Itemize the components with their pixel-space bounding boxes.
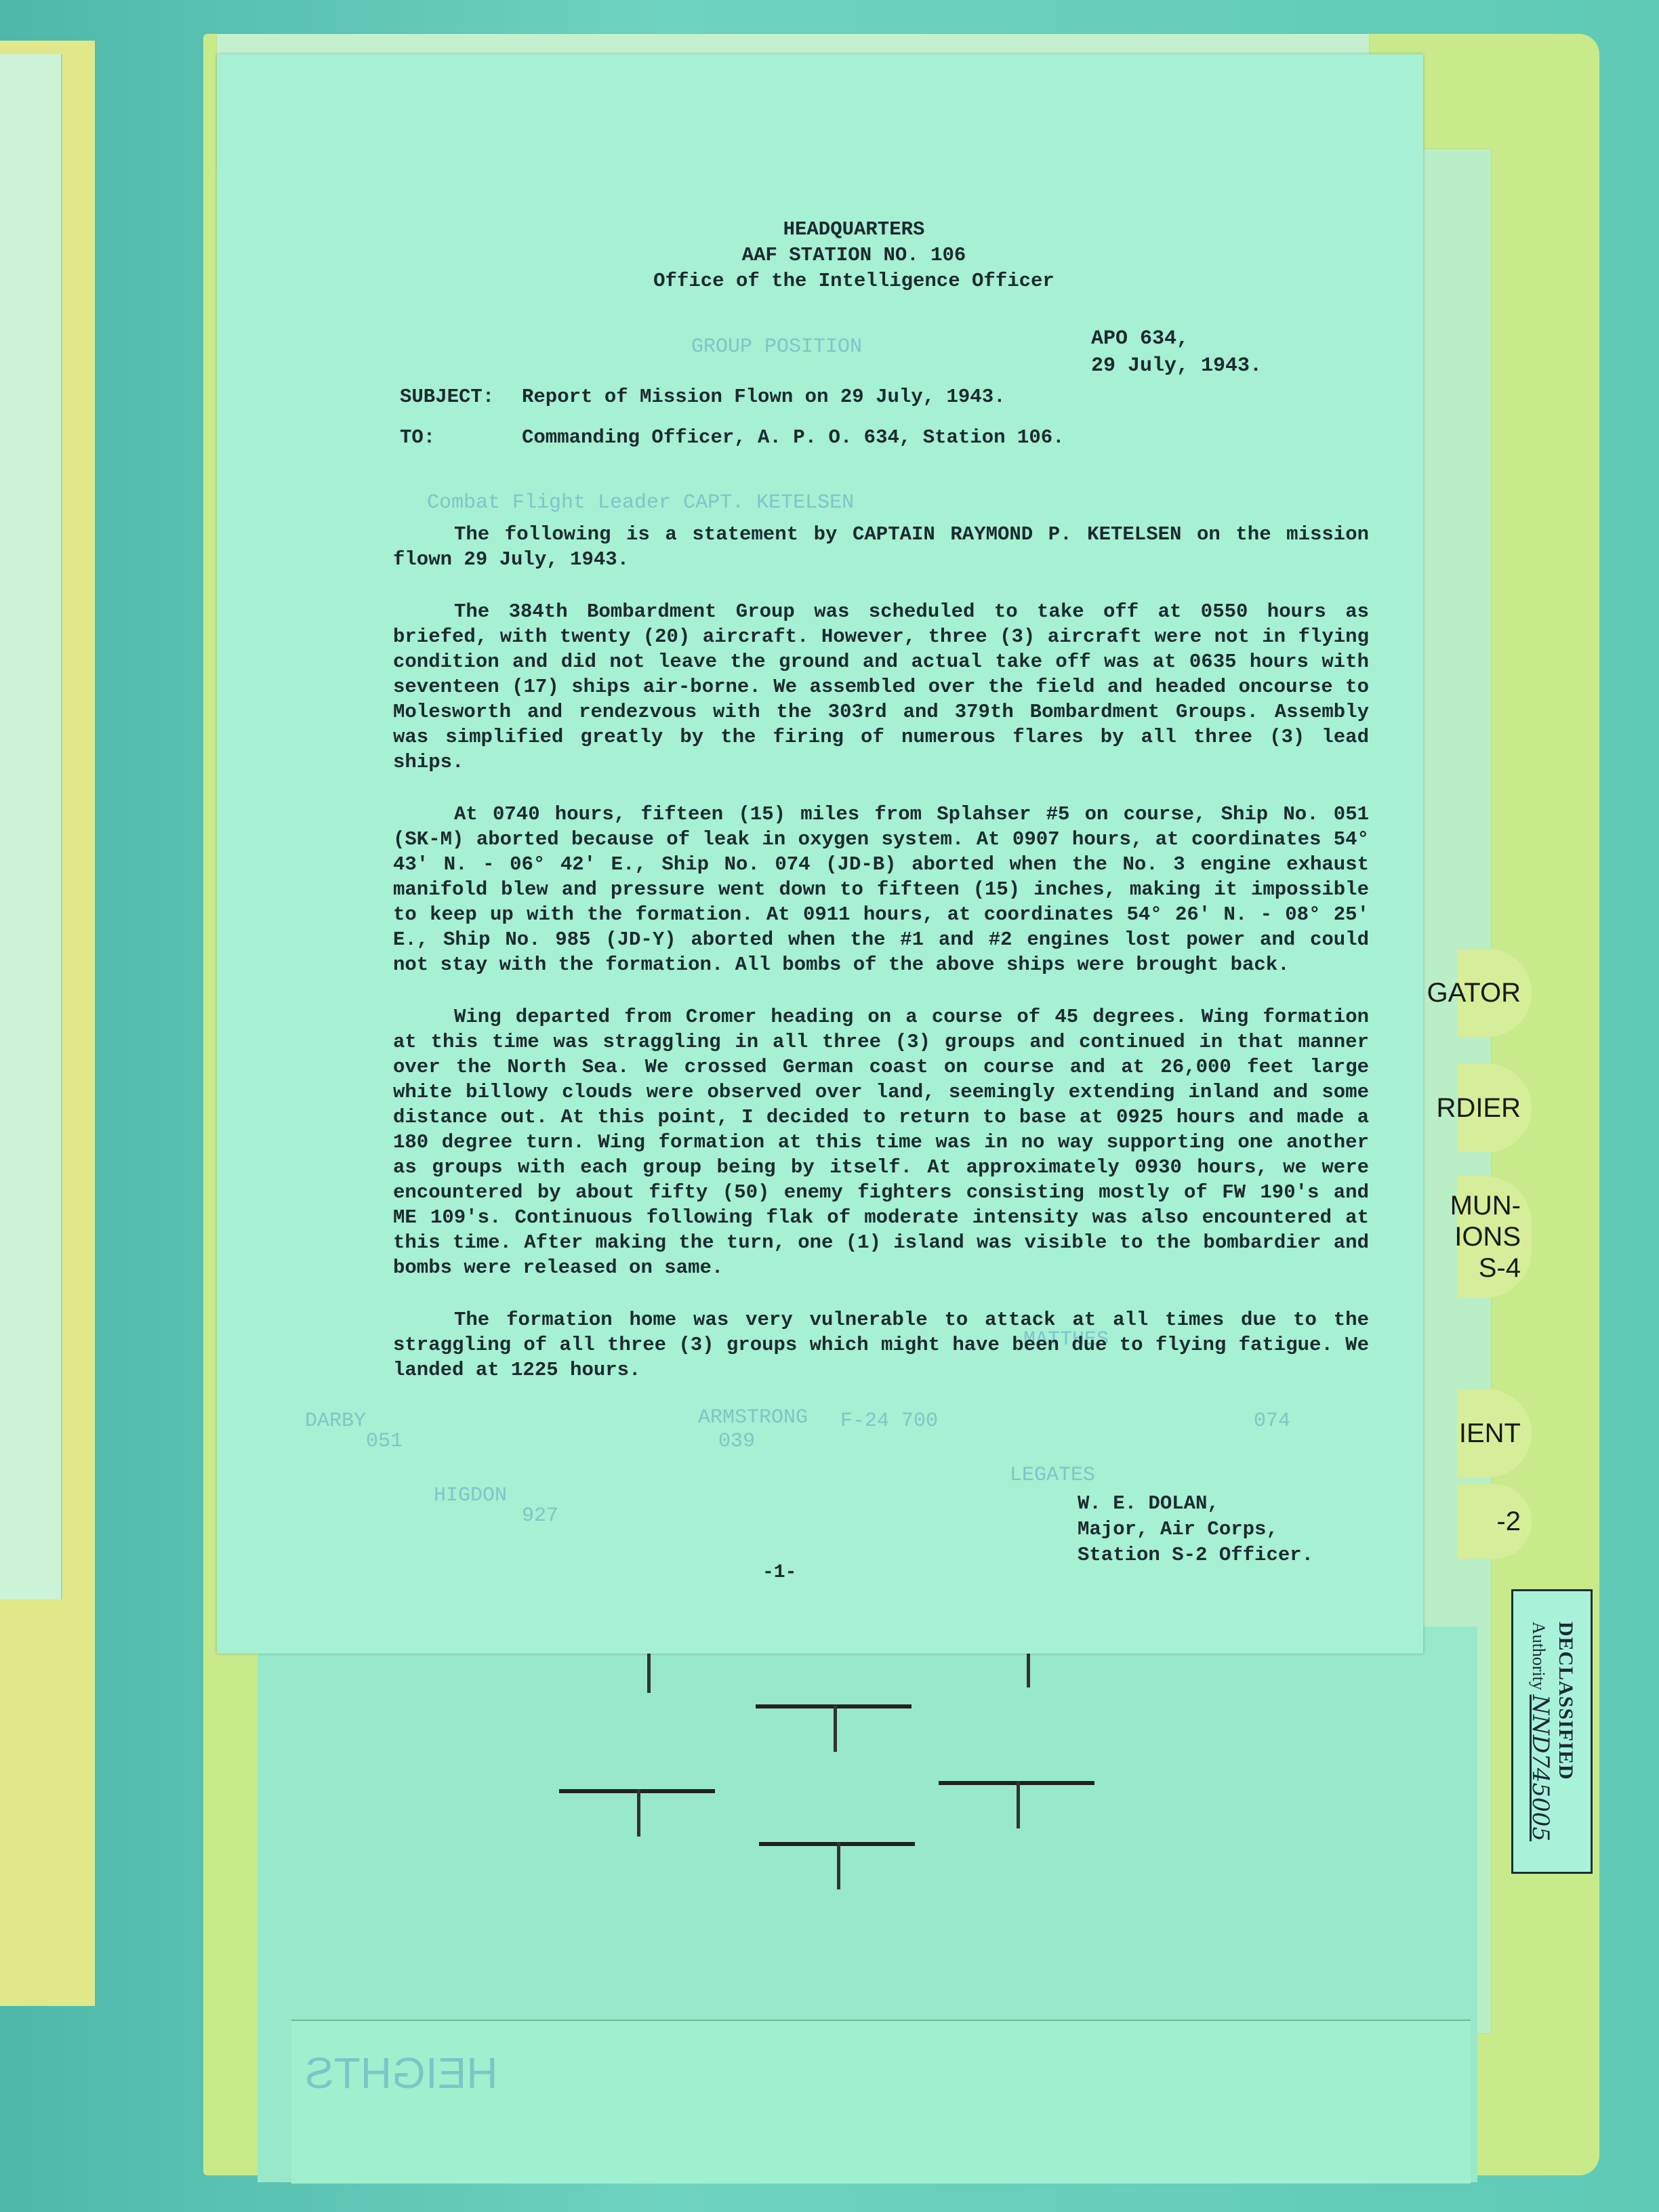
declassified-stamp: DECLASSIFIED Authority NND745005: [1511, 1589, 1593, 1874]
report-document: GROUP POSITION Combat Flight Leader CAPT…: [380, 217, 1369, 294]
bleed-through-text: 074: [1254, 1410, 1290, 1433]
paragraph-aborts: At 0740 hours, fifteen (15) miles from S…: [393, 802, 1369, 977]
tab-label: GATOR: [1427, 978, 1521, 1008]
apo-number: APO 634,: [1091, 325, 1262, 352]
paragraph-intro: The following is a statement by CAPTAIN …: [393, 522, 1369, 572]
header-station: AAF STATION NO. 106: [481, 243, 1227, 268]
report-body: The following is a statement by CAPTAIN …: [393, 522, 1369, 1410]
bleed-through-text: 039: [718, 1430, 755, 1453]
formation-aircraft-mark: [939, 1781, 1094, 1835]
bleed-through-text: LEGATES: [1010, 1464, 1095, 1487]
letterhead: HEADQUARTERS AAF STATION NO. 106 Office …: [481, 217, 1227, 294]
signature-block: W. E. DOLAN, Major, Air Corps, Station S…: [1078, 1491, 1313, 1568]
subject-row: SUBJECT: Report of Mission Flown on 29 J…: [400, 385, 1065, 409]
tab-label: RDIER: [1437, 1093, 1521, 1124]
tab-label: MUN-: [1450, 1190, 1521, 1221]
bottom-sheet: HEIGHTS: [291, 2020, 1471, 2184]
signer-title: Station S-2 Officer.: [1078, 1542, 1313, 1568]
header-headquarters: HEADQUARTERS: [481, 217, 1227, 243]
tab-label: IONS: [1454, 1221, 1521, 1252]
tab-label: S-4: [1479, 1252, 1521, 1284]
signer-name: W. E. DOLAN,: [1078, 1491, 1313, 1517]
paragraph-takeoff: The 384th Bombardment Group was schedule…: [393, 599, 1369, 775]
paragraph-mission: Wing departed from Cromer heading on a c…: [393, 1004, 1369, 1280]
header-office: Office of the Intelligence Officer: [481, 268, 1227, 294]
bleed-through-text: 051: [366, 1430, 403, 1453]
report-date: 29 July, 1943.: [1091, 352, 1262, 380]
to-value: Commanding Officer, A. P. O. 634, Statio…: [522, 426, 1065, 450]
mirrored-heights-label: HEIGHTS: [305, 2048, 497, 2098]
bleed-through-text: ARMSTRONG: [698, 1406, 808, 1429]
folder-tab-communications[interactable]: MUN- IONS S-4: [1457, 1176, 1532, 1298]
formation-aircraft-mark: [759, 1842, 915, 1896]
to-row: TO: Commanding Officer, A. P. O. 634, St…: [400, 426, 1065, 450]
paragraph-return: The formation home was very vulnerable t…: [393, 1307, 1369, 1382]
subject-value: Report of Mission Flown on 29 July, 1943…: [522, 385, 1006, 409]
bleed-through-text: F-24 700: [840, 1410, 938, 1433]
tab-label: -2: [1496, 1507, 1521, 1537]
declassified-authority: Authority NND745005: [1527, 1622, 1554, 1841]
declassified-title: DECLASSIFIED: [1554, 1622, 1577, 1841]
bleed-through-text: Combat Flight Leader CAPT. KETELSEN: [427, 491, 854, 514]
page-number: -1-: [762, 1562, 796, 1583]
signer-rank: Major, Air Corps,: [1078, 1517, 1313, 1542]
bleed-through-text: 927: [522, 1504, 558, 1528]
folder-tab-s2[interactable]: -2: [1457, 1484, 1532, 1559]
bleed-through-text: GROUP POSITION: [691, 335, 862, 359]
formation-aircraft-mark: [569, 1645, 725, 1700]
bleed-through-text: HIGDON: [434, 1484, 507, 1507]
apo-date-block: APO 634, 29 July, 1943.: [1091, 325, 1262, 380]
formation-aircraft-mark: [559, 1789, 715, 1843]
formation-aircraft-mark: [756, 1704, 912, 1759]
authority-value: NND745005: [1527, 1695, 1554, 1842]
bleed-through-text: DARBY: [305, 1410, 366, 1433]
subject-label: SUBJECT:: [400, 385, 522, 409]
tab-label: IENT: [1459, 1418, 1521, 1449]
authority-label: Authority: [1529, 1622, 1549, 1690]
left-paper-edge: [0, 54, 62, 1599]
to-label: TO:: [400, 426, 522, 450]
memo-routing: SUBJECT: Report of Mission Flown on 29 J…: [400, 385, 1065, 466]
